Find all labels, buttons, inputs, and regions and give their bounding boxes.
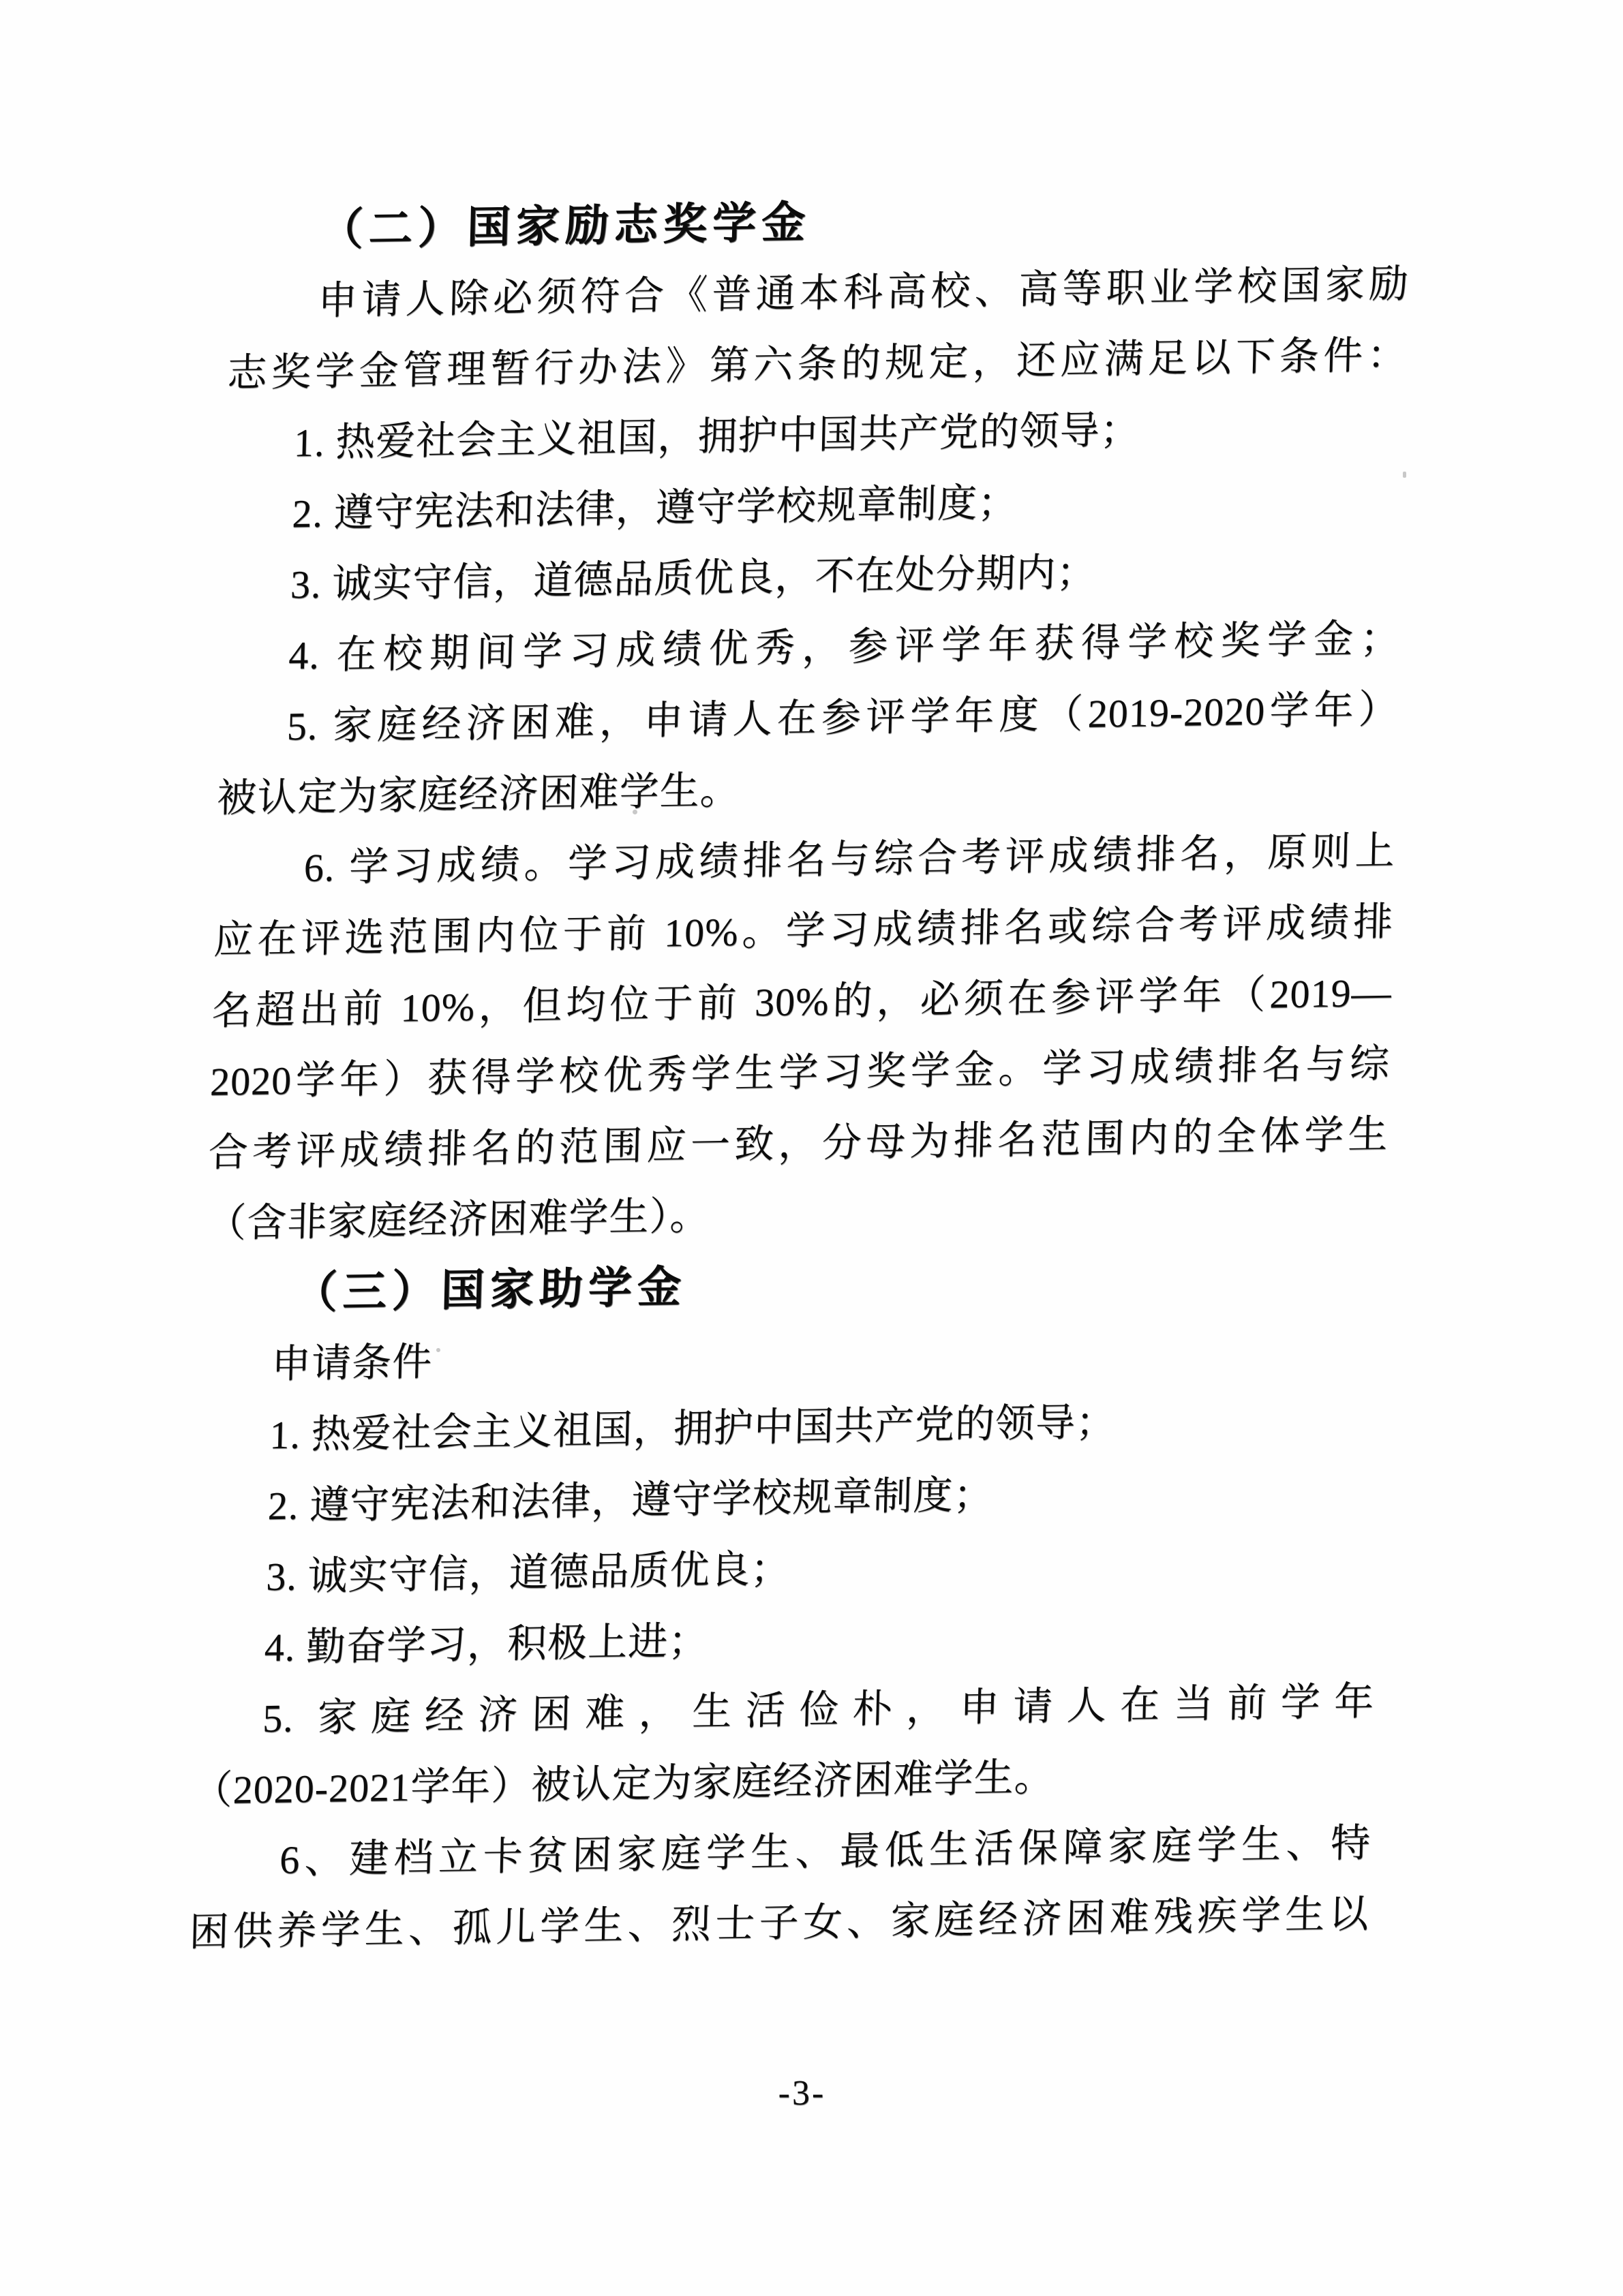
scanned-document-page: （二）国家励志奖学金申请人除必须符合《普通本科高校、高等职业学校国家励志奖学金管… xyxy=(0,0,1623,2296)
scan-artifact-speck xyxy=(436,1348,440,1352)
page-text: （二）国家励志奖学金申请人除必须符合《普通本科高校、高等职业学校国家励志奖学金管… xyxy=(188,178,1411,1968)
scan-artifact-speck xyxy=(1403,472,1406,478)
page-number: -3- xyxy=(0,2073,1613,2113)
scan-artifact-speck xyxy=(633,810,637,814)
